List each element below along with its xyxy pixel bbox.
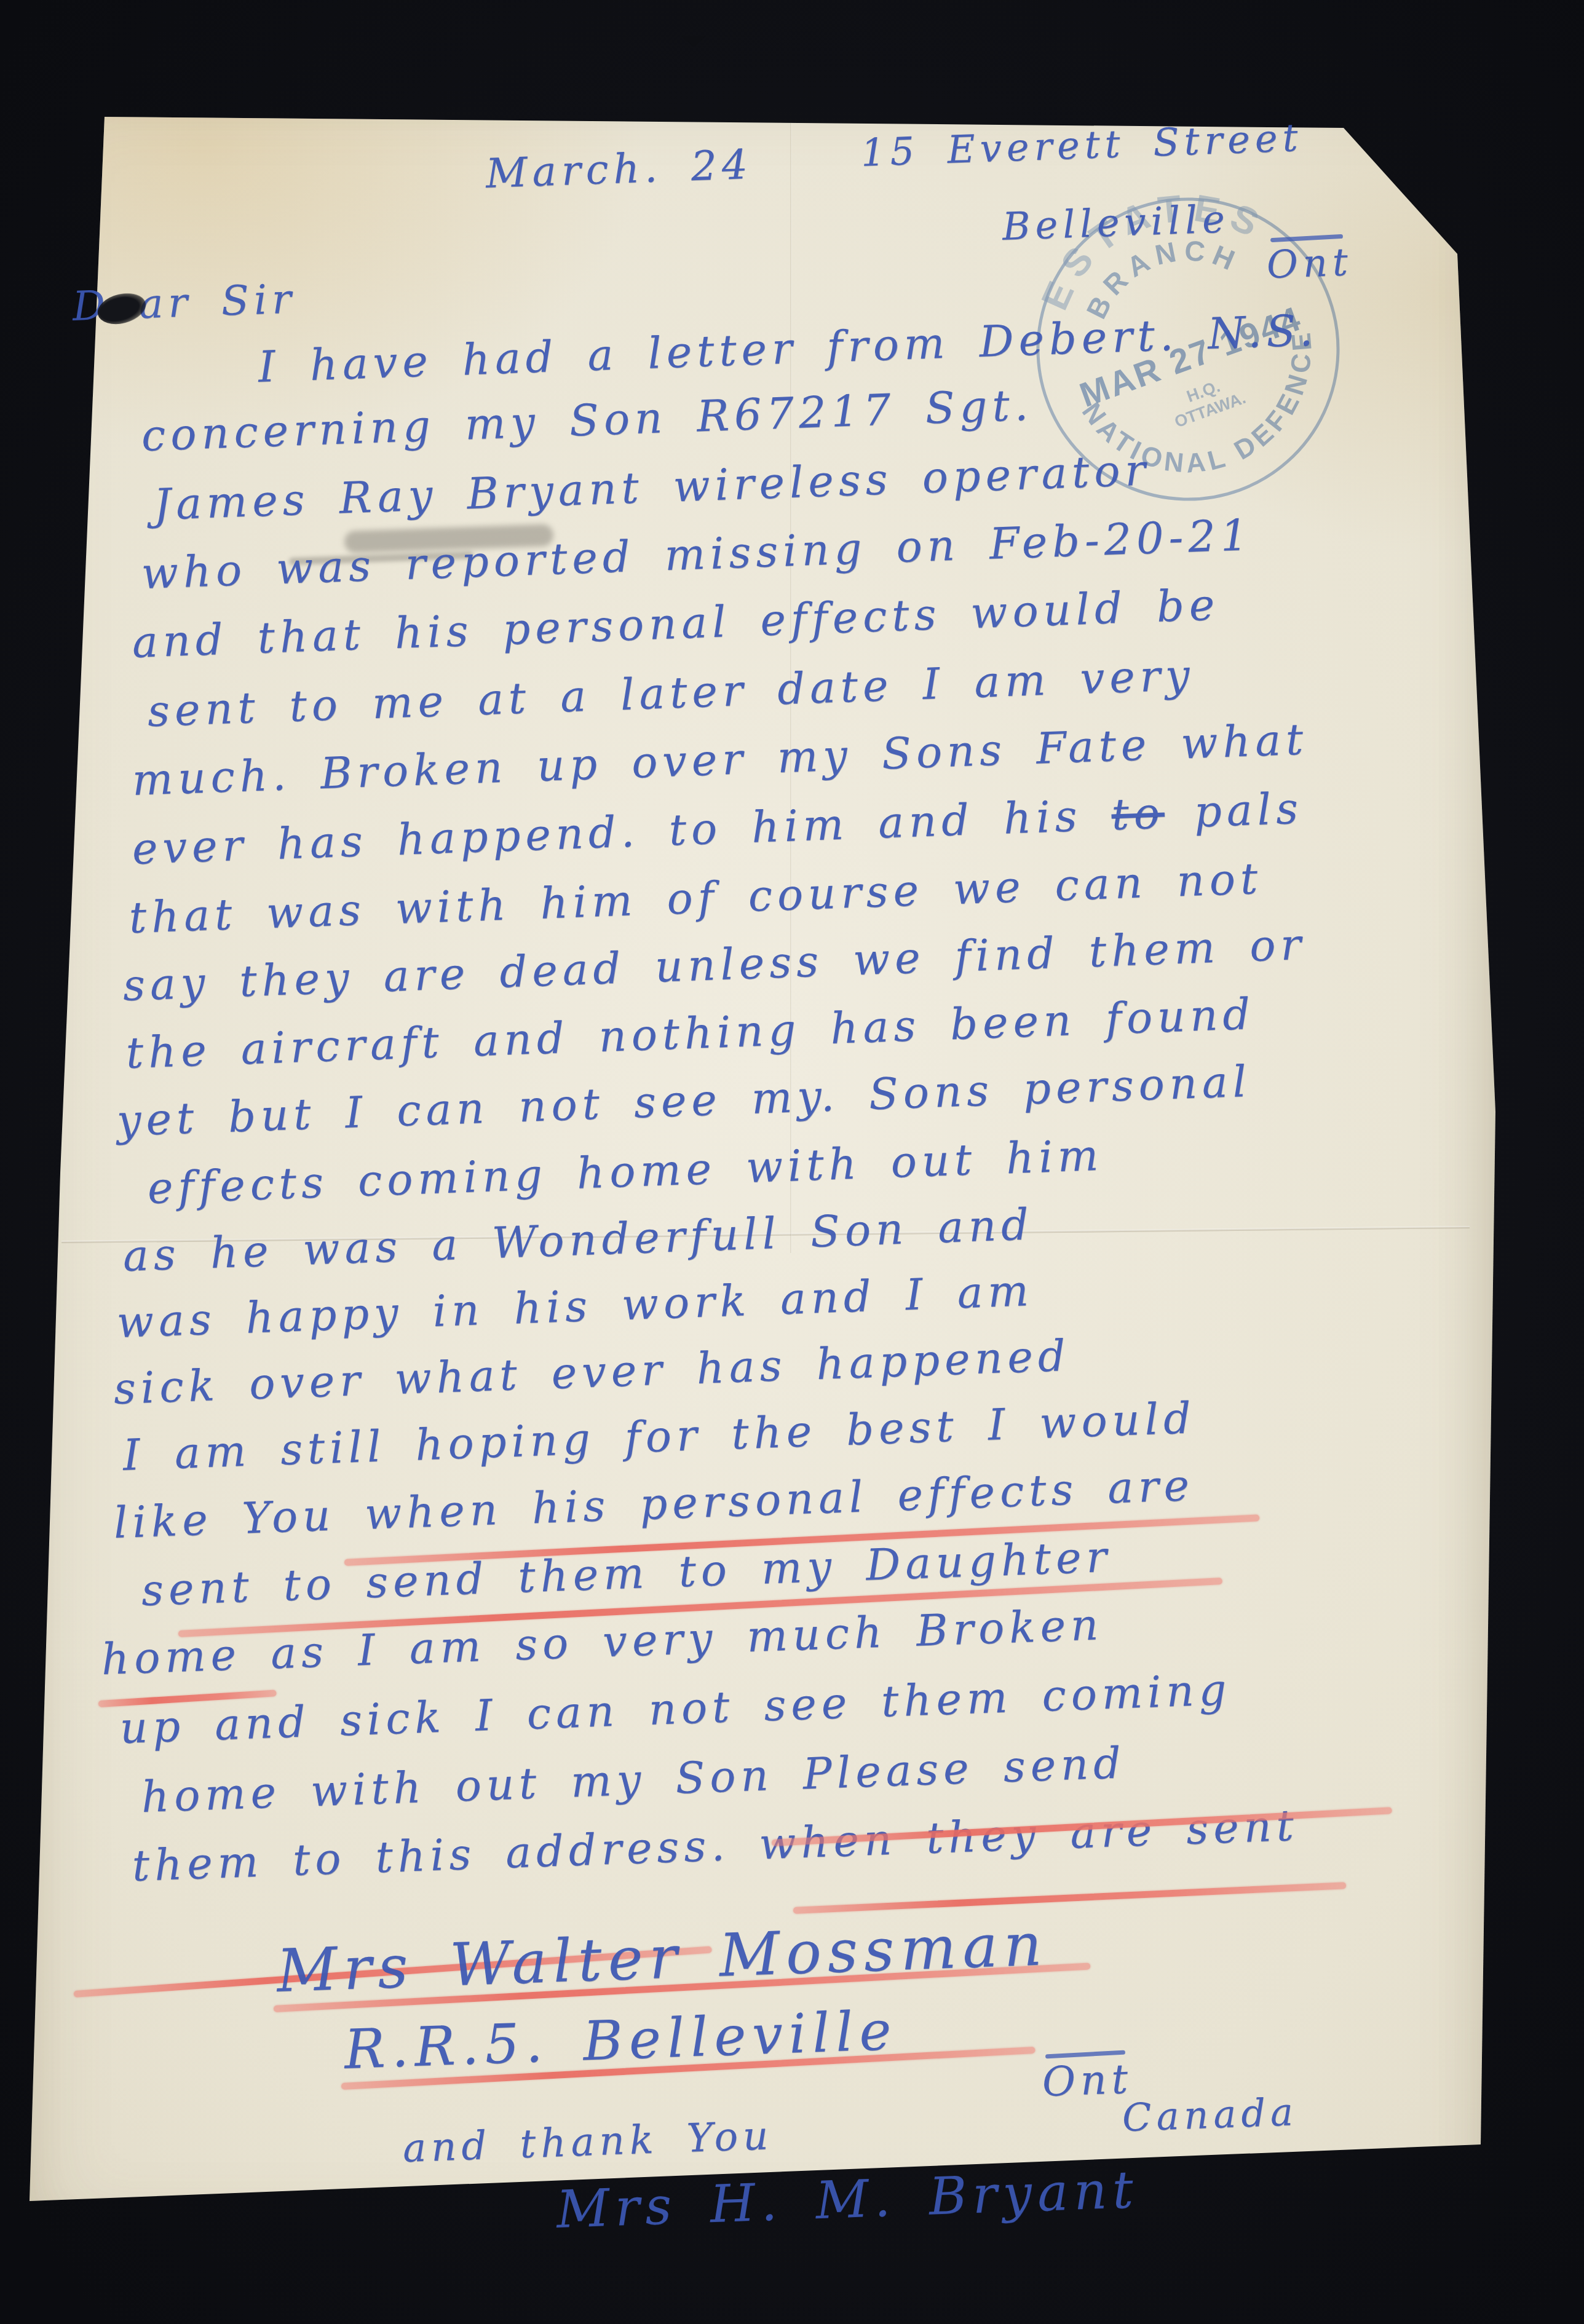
sender-province: Ont [1266,239,1353,287]
sender-city: Belleville [1002,196,1230,249]
letter-date: March. 24 [485,141,753,197]
signature-province: Ont [1042,2055,1134,2106]
photo-background: ESTATES BRANCH MAR 27 1944 H.Q. OTTAWA. … [0,0,1584,2324]
struck-word: to [1111,788,1165,840]
signature-country: Canada [1122,2089,1299,2140]
paper-edge-tear [681,36,706,47]
line-text: pals [1163,783,1304,839]
